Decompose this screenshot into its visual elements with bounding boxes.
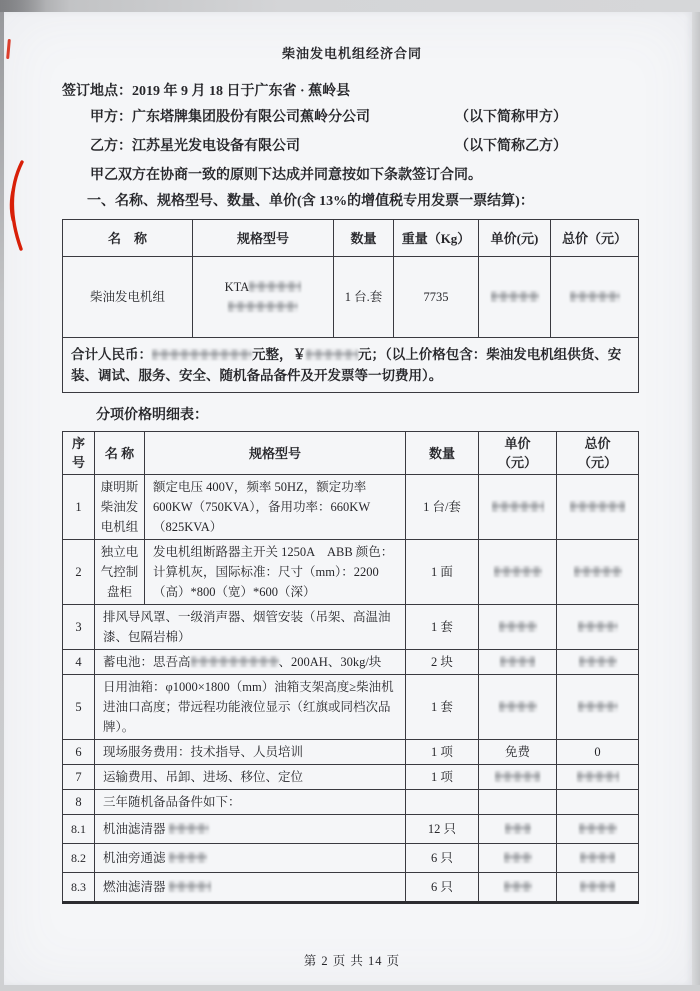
cell-desc: 现场服务费用：技术指导、人员培训 — [95, 740, 406, 765]
scan-edge-bottom — [0, 985, 700, 991]
cell-unit-price — [479, 844, 557, 873]
party-b-line: 乙方：江苏星光发电设备有限公司 （以下简称乙方） — [62, 138, 642, 155]
redacted-price — [570, 501, 625, 512]
cell-qty: 1 台/套 — [406, 475, 479, 540]
cell-total-price — [557, 765, 639, 790]
cell-desc: 三年随机备品备件如下： — [95, 790, 406, 815]
cell-total-price — [557, 815, 639, 844]
cell-total-price — [557, 650, 639, 675]
cell-no: 8.1 — [63, 815, 95, 844]
cell-name: 独立电气控制盘柜 — [95, 540, 145, 605]
detail-row-6: 6 现场服务费用：技术指导、人员培训 1 项 免费 0 — [63, 740, 639, 765]
sign-location-line: 签订地点：2019 年 9 月 18 日于广东省 · 蕉岭县 — [62, 83, 642, 100]
cell-no: 1 — [63, 475, 95, 540]
cell-no: 3 — [63, 605, 95, 650]
cell-desc: 蓄电池：思吾高、200AH、30kg/块 — [95, 650, 406, 675]
cell-qty: 1 面 — [406, 540, 479, 605]
cell-total-price — [557, 605, 639, 650]
header-name: 名 称 — [63, 220, 193, 257]
summary-data-row: 柴油发电机组 KTA 1 台.套 7735 — [63, 257, 639, 338]
cell-unit-price — [479, 540, 557, 605]
header-weight: 重量（Kg） — [394, 220, 479, 257]
cell-qty: 12 只 — [406, 815, 479, 844]
cell-desc: 机油旁通滤 — [95, 844, 406, 873]
cell-qty: 1 项 — [406, 740, 479, 765]
scan-edge-top — [0, 0, 700, 12]
detail-row-8-1: 8.1 机油滤清器 12 只 — [63, 815, 639, 844]
detail-row-7: 7 运输费用、吊卸、进场、移位、定位 1 项 — [63, 765, 639, 790]
redacted-price — [495, 771, 540, 782]
detail-row-3: 3 排风导风罩、一级消声器、烟管安装（吊架、高温油漆、包隔岩棉） 1 套 — [63, 605, 639, 650]
model-line1: KTA — [197, 277, 329, 297]
model-prefix: KTA — [225, 280, 250, 294]
cell-desc: 日用油箱：φ1000×1800（mm）油箱支架高度≥柴油机进油口高度；带远程功能… — [95, 675, 406, 740]
desc-prefix: 燃油滤清器 — [103, 880, 169, 894]
desc-prefix: 机油滤清器 — [103, 822, 169, 836]
redacted-price — [579, 656, 617, 667]
header-unit-price: 单价 （元） — [479, 432, 557, 475]
redacted-price — [570, 291, 620, 302]
cell-unit-price — [479, 675, 557, 740]
desc-prefix: 机油旁通滤 — [103, 851, 169, 865]
summary-header-row: 名 称 规格型号 数量 重量（Kg） 单价(元) 总价（元） — [63, 220, 639, 257]
redacted-price — [577, 771, 619, 782]
cell-desc: 燃油滤清器 — [95, 873, 406, 903]
redacted-price — [491, 291, 539, 302]
cell-unit-price — [479, 873, 557, 903]
cell-no: 7 — [63, 765, 95, 790]
redacted-price — [574, 566, 622, 577]
cell-unit-price — [479, 765, 557, 790]
cell-spec: 发电机组断路器主开关 1250A ABB 颜色：计算机灰，国际标准：尺寸（mm）… — [145, 540, 406, 605]
detail-row-4: 4 蓄电池：思吾高、200AH、30kg/块 2 块 — [63, 650, 639, 675]
detail-table-label: 分项价格明细表： — [62, 407, 642, 424]
detail-row-8-3: 8.3 燃油滤清器 6 只 — [63, 873, 639, 903]
cell-qty — [406, 790, 479, 815]
cell-no: 2 — [63, 540, 95, 605]
header-unit-price: 单价(元) — [479, 220, 551, 257]
detail-row-8-2: 8.2 机油旁通滤 6 只 — [63, 844, 639, 873]
redacted-brand — [191, 656, 279, 667]
redacted-price — [499, 621, 537, 632]
cell-total-price — [557, 540, 639, 605]
redacted-price — [492, 501, 544, 512]
cell-no: 8 — [63, 790, 95, 815]
desc-prefix: 蓄电池：思吾高 — [103, 655, 191, 669]
grand-total-cell: 合计人民币：元整，￥元；（以上价格包含：柴油发电机组供货、安装、调试、服务、安全… — [63, 338, 639, 393]
redacted-price — [580, 852, 615, 863]
cell-total-price — [557, 844, 639, 873]
detail-row-2: 2 独立电气控制盘柜 发电机组断路器主开关 1250A ABB 颜色：计算机灰，… — [63, 540, 639, 605]
cell-unit-price — [479, 475, 557, 540]
detail-row-1: 1 康明斯柴油发电机组 额定电压 400V，频率 50HZ，额定功率 600KW… — [63, 475, 639, 540]
redacted-price — [578, 701, 618, 712]
summary-total-row: 合计人民币：元整，￥元；（以上价格包含：柴油发电机组供货、安装、调试、服务、安全… — [63, 338, 639, 393]
detail-price-table: 序 号 名 称 规格型号 数量 单价 （元） 总价 （元） 1 康明斯柴油发电机… — [62, 431, 639, 904]
cell-unit-price: 免费 — [479, 740, 557, 765]
cell-desc: 排风导风罩、一级消声器、烟管安装（吊架、高温油漆、包隔岩棉） — [95, 605, 406, 650]
cell-no: 5 — [63, 675, 95, 740]
scan-edge-right — [692, 12, 700, 991]
header-qty: 数量 — [334, 220, 394, 257]
cell-qty: 1 项 — [406, 765, 479, 790]
header-spec: 规格型号 — [145, 432, 406, 475]
redacted-model-2 — [228, 301, 298, 312]
model-line2 — [197, 297, 329, 317]
party-b-alias: （以下简称乙方） — [455, 138, 567, 155]
cell-name: 康明斯柴油发电机组 — [95, 475, 145, 540]
header-no: 序 号 — [63, 432, 95, 475]
redacted-model — [169, 852, 207, 863]
redacted-price — [505, 823, 531, 834]
total-text-1: 合计人民币： — [71, 347, 152, 362]
cell-total-price: 0 — [557, 740, 639, 765]
cell-spec: 额定电压 400V，频率 50HZ，额定功率 600KW（750KVA），备用功… — [145, 475, 406, 540]
cell-item-name: 柴油发电机组 — [63, 257, 193, 338]
header-total-price: 总价 （元） — [557, 432, 639, 475]
cell-unit-price — [479, 650, 557, 675]
redacted-price — [499, 701, 537, 712]
cell-qty: 1 套 — [406, 675, 479, 740]
cell-no: 6 — [63, 740, 95, 765]
summary-table: 名 称 规格型号 数量 重量（Kg） 单价(元) 总价（元） 柴油发电机组 KT… — [62, 219, 639, 393]
header-model: 规格型号 — [193, 220, 334, 257]
detail-row-5: 5 日用油箱：φ1000×1800（mm）油箱支架高度≥柴油机进油口高度；带远程… — [63, 675, 639, 740]
cell-no: 4 — [63, 650, 95, 675]
redacted-price — [500, 656, 535, 667]
cell-desc: 机油滤清器 — [95, 815, 406, 844]
redacted-model — [169, 881, 211, 892]
cell-total-price — [557, 790, 639, 815]
detail-header-row: 序 号 名 称 规格型号 数量 单价 （元） 总价 （元） — [63, 432, 639, 475]
redacted-amount-figure — [306, 349, 358, 360]
redacted-price — [579, 823, 617, 834]
party-a-line: 甲方：广东塔牌集团股份有限公司蕉岭分公司 （以下简称甲方） — [62, 109, 642, 126]
cell-total-price — [557, 675, 639, 740]
cell-weight: 7735 — [394, 257, 479, 338]
cell-unit-price — [479, 790, 557, 815]
section1-heading: 一、名称、规格型号、数量、单价(含 13%的增值税专用发票一票结算)： — [62, 193, 642, 210]
cell-qty: 1 台.套 — [334, 257, 394, 338]
page-number: 第 2 页 共 14 页 — [62, 951, 642, 969]
cell-unit-price — [479, 815, 557, 844]
cell-qty: 2 块 — [406, 650, 479, 675]
header-qty: 数量 — [406, 432, 479, 475]
cell-unit-price — [479, 257, 551, 338]
cell-total-price — [551, 257, 639, 338]
redacted-amount-words — [152, 349, 252, 360]
party-a-alias: （以下简称甲方） — [455, 109, 567, 126]
redacted-price — [494, 566, 542, 577]
cell-qty: 6 只 — [406, 844, 479, 873]
redacted-price — [578, 621, 618, 632]
party-b-name: 乙方：江苏星光发电设备有限公司 — [90, 139, 300, 154]
header-name: 名 称 — [95, 432, 145, 475]
total-text-2: 元整，￥ — [252, 347, 306, 362]
redacted-price — [504, 852, 532, 863]
redacted-model — [169, 823, 209, 834]
contract-title: 柴油发电机组经济合同 — [62, 43, 642, 62]
page-content: 柴油发电机组经济合同 签订地点：2019 年 9 月 18 日于广东省 · 蕉岭… — [4, 43, 692, 969]
party-a-name: 甲方：广东塔牌集团股份有限公司蕉岭分公司 — [90, 110, 370, 125]
cell-total-price — [557, 873, 639, 903]
cell-no: 8.3 — [63, 873, 95, 903]
detail-row-8: 8 三年随机备品备件如下： — [63, 790, 639, 815]
cell-no: 8.2 — [63, 844, 95, 873]
redacted-model — [249, 281, 301, 292]
cell-desc: 运输费用、吊卸、进场、移位、定位 — [95, 765, 406, 790]
cell-model: KTA — [193, 257, 334, 338]
cell-unit-price — [479, 605, 557, 650]
redacted-price — [504, 881, 532, 892]
desc-suffix: 、200AH、30kg/块 — [279, 655, 382, 669]
cell-total-price — [557, 475, 639, 540]
header-total-price: 总价（元） — [551, 220, 639, 257]
redacted-price — [580, 881, 615, 892]
contract-page: 柴油发电机组经济合同 签订地点：2019 年 9 月 18 日于广东省 · 蕉岭… — [4, 12, 692, 985]
cell-qty: 6 只 — [406, 873, 479, 903]
cell-qty: 1 套 — [406, 605, 479, 650]
preamble-line: 甲乙双方在协商一致的原则下达成并同意按如下条款签订合同。 — [62, 167, 642, 184]
